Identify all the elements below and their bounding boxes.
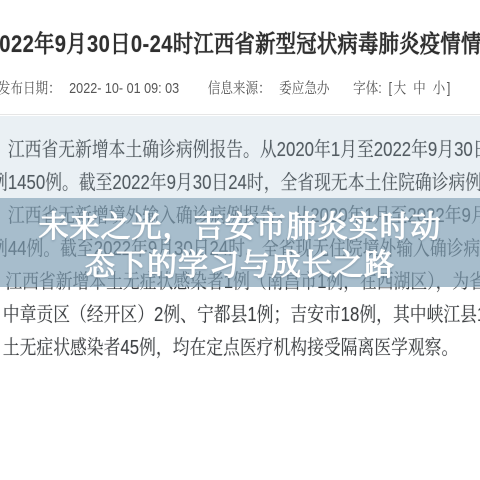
caption-title-line-2: 态下的学习与成长之路 xyxy=(0,240,480,284)
font-size-label: 字体: xyxy=(353,77,382,98)
publish-date-value: 2022- 10- 01 09: 03 xyxy=(69,80,179,97)
article-page-screenshot: 2022年9月30日0-24时江西省新型冠状病毒肺炎疫情情况 发布日期： 202… xyxy=(0,0,480,480)
font-size-switcher[interactable]: [大 中 小] xyxy=(388,77,452,98)
page-title: 2022年9月30日0-24时江西省新型冠状病毒肺炎疫情情况 xyxy=(0,24,480,59)
article-line: 土无症状感染者45例，均在定点医疗机构接受隔离医学观察。 xyxy=(3,332,480,365)
source-value: 委应急办 xyxy=(279,77,329,98)
article-line: 中章贡区（经开区）2例、宁都县1例；吉安市18例，其中峡江县1 xyxy=(3,299,480,332)
publish-date-label: 发布日期： xyxy=(0,77,61,98)
source-label: 信息来源： xyxy=(208,77,271,98)
caption-overlay-band: 未来之光，吉安市肺炎实时动 态下的学习与成长之路 xyxy=(0,198,480,287)
article-line: 江西省无新增本土确诊病例报告。从2020年1月至2022年9月30日 xyxy=(8,134,480,167)
header-divider xyxy=(0,114,480,115)
article-line: 例1450例。截至2022年9月30日24时，全省现无本土住院确诊病例 xyxy=(0,167,480,200)
article-meta-row: 发布日期： 2022- 10- 01 09: 03 信息来源： 委应急办 字体:… xyxy=(0,77,452,98)
